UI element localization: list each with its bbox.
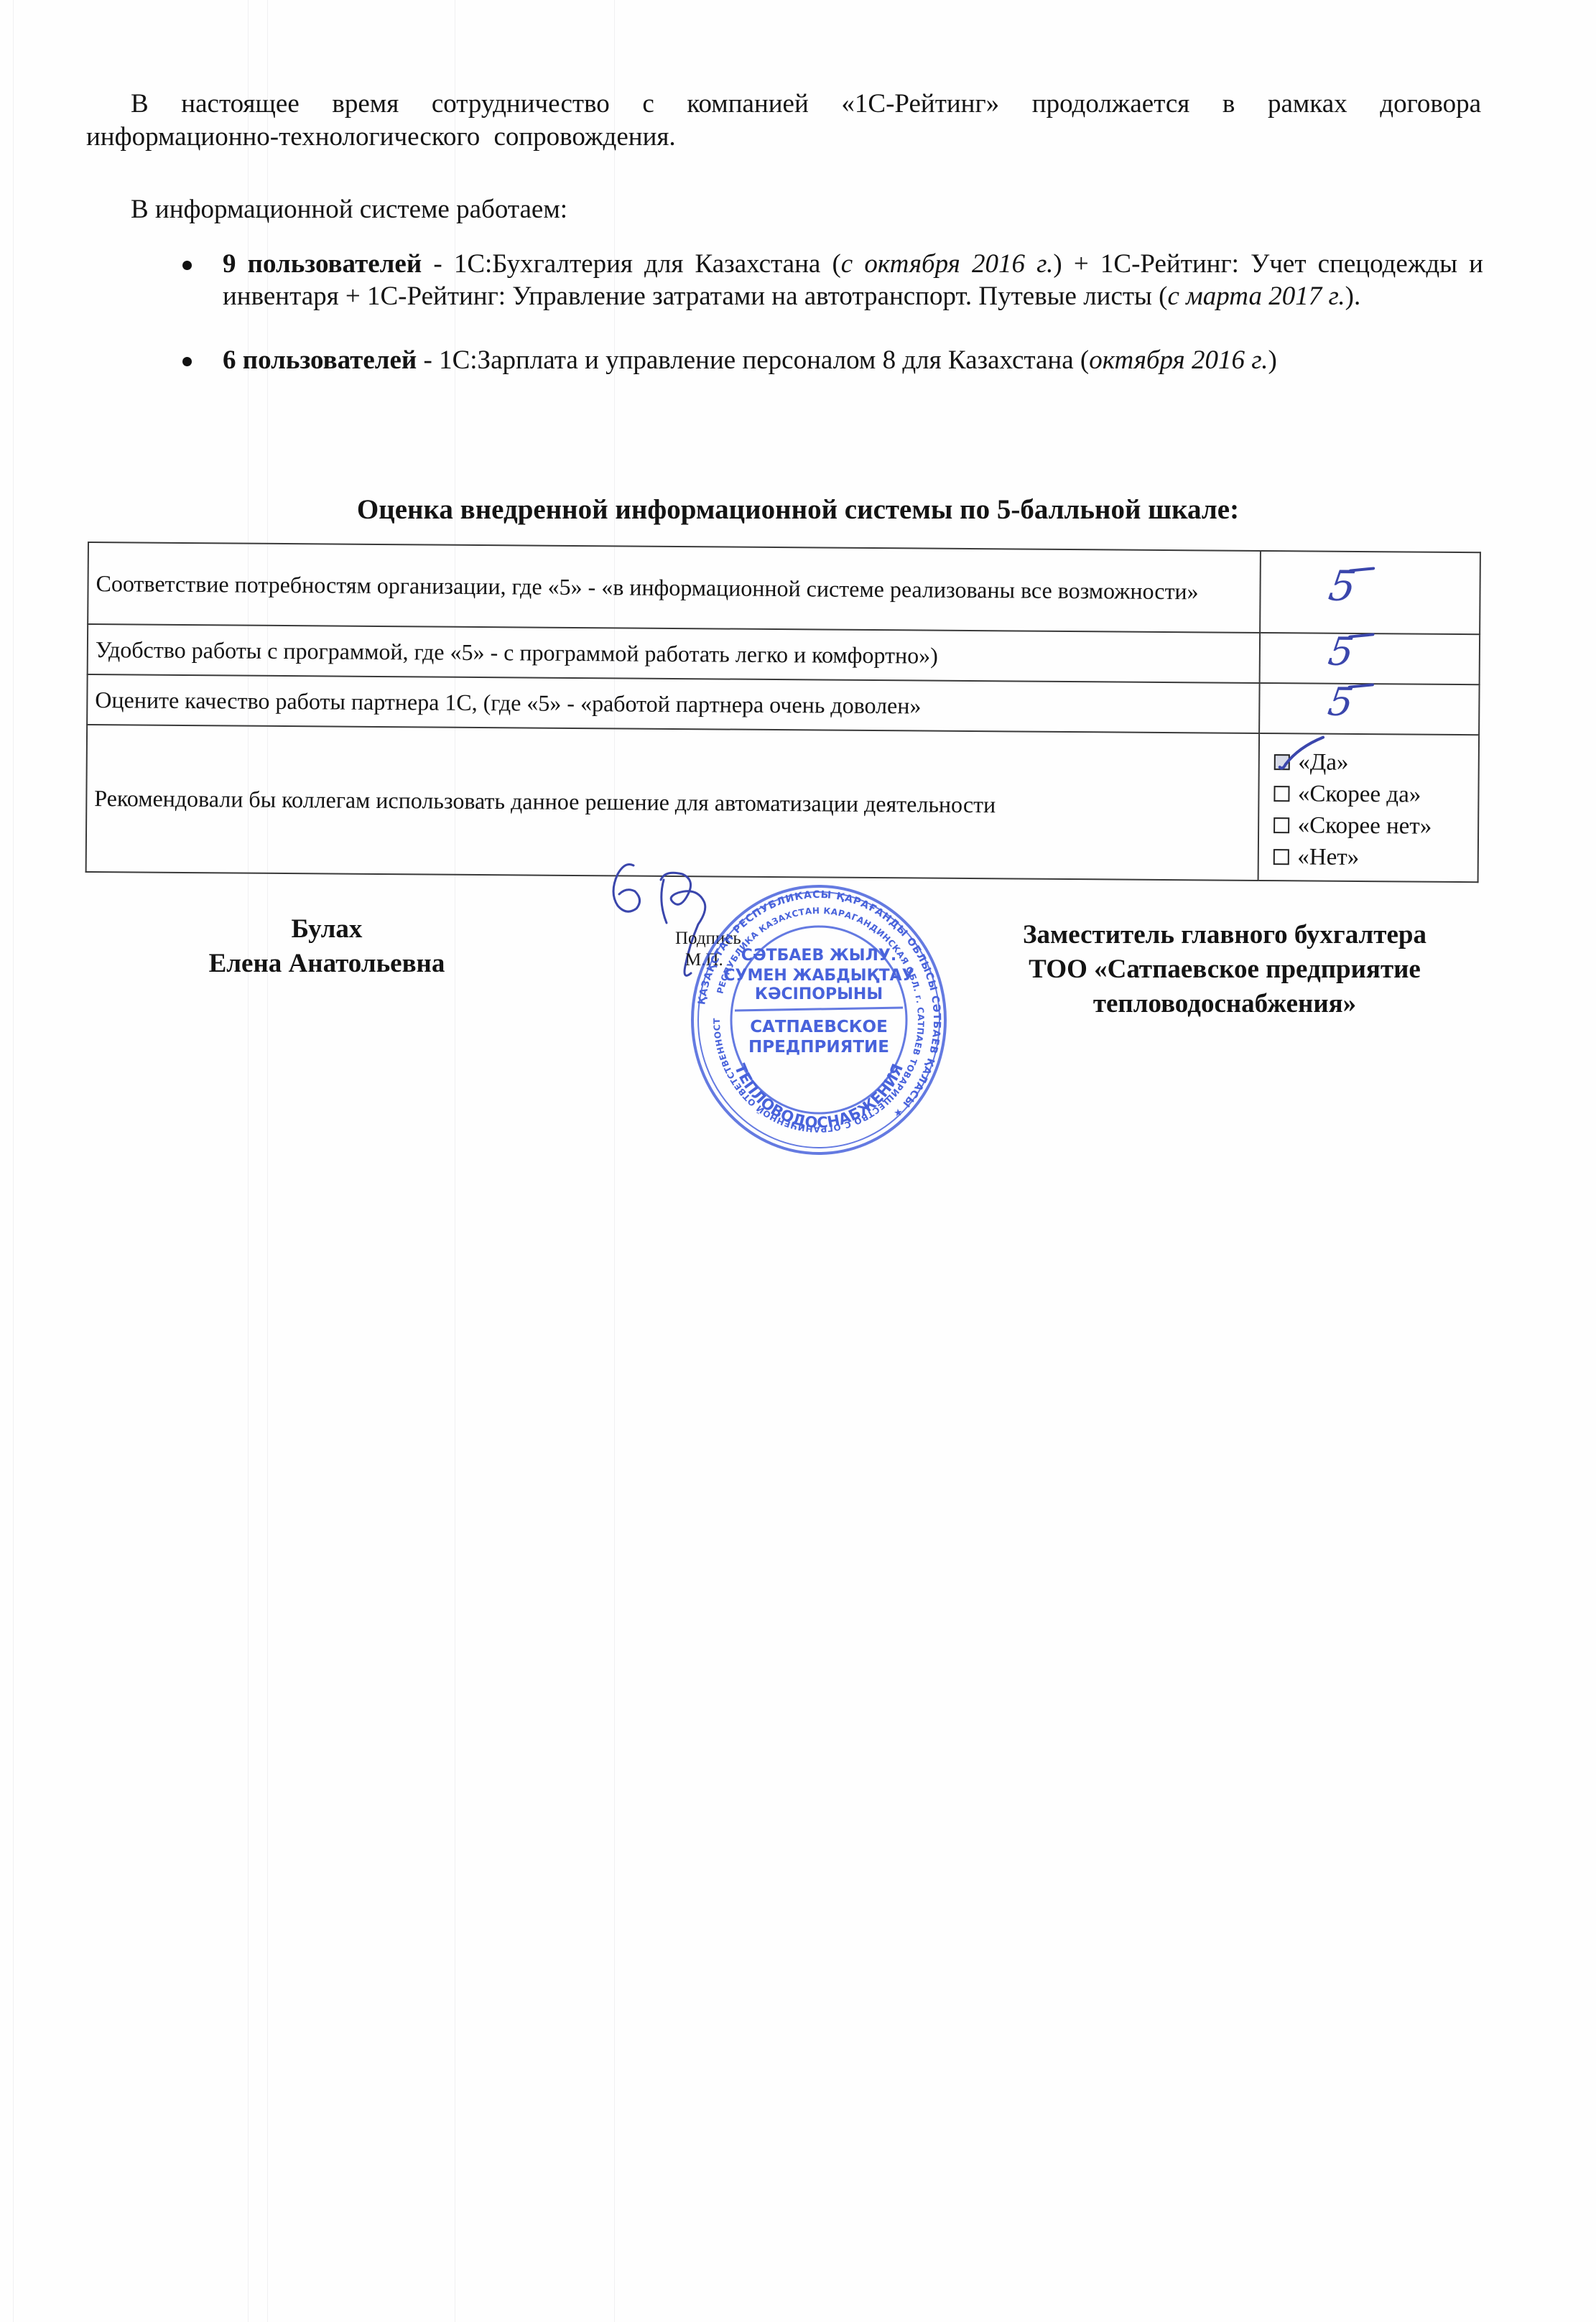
product-text: 1С:Бухгалтерия для Казахстана (: [454, 249, 841, 279]
company-name: ТОО «Сатпаевское предприятие: [927, 952, 1523, 987]
rating-answer-cell: 5: [1259, 633, 1480, 684]
recommend-options-cell: «Да» «Скорее да» «Скорее нет» «Нет»: [1258, 733, 1479, 882]
recommend-question: Рекомендовали бы коллегам использовать д…: [86, 725, 1259, 881]
checkbox-icon[interactable]: [1273, 786, 1289, 802]
option-rather-yes[interactable]: «Скорее да»: [1273, 778, 1471, 811]
rating-question: Оцените качество работы партнера 1С, (гд…: [87, 674, 1259, 733]
product-text: ): [1268, 345, 1276, 375]
svg-text:ТЕПЛОВОДОСНАБЖЕНИЯ: ТЕПЛОВОДОСНАБЖЕНИЯ: [731, 1062, 906, 1132]
recommend-options: «Да» «Скорее да» «Скорее нет» «Нет»: [1266, 742, 1471, 874]
rating-title: Оценка внедренной информационной системы…: [0, 493, 1596, 527]
since-date: с марта 2017 г.: [1168, 282, 1345, 311]
user-count: 9 пользователей: [223, 249, 422, 279]
svg-text:ПРЕДПРИЯТИЕ: ПРЕДПРИЯТИЕ: [748, 1038, 889, 1056]
rating-answer-cell: 5: [1259, 683, 1480, 735]
pen-checkmark-icon: [1276, 734, 1327, 774]
option-no[interactable]: «Нет»: [1273, 841, 1470, 874]
intro-text: В настоящее время сотрудничество с компа…: [86, 89, 1481, 152]
product-text: 1С:Зарплата и управление персоналом 8 дл…: [439, 345, 1089, 375]
checkbox-checked-icon[interactable]: [1273, 754, 1289, 770]
usage-list: 9 пользователей - 1С:Бухгалтерия для Каз…: [180, 248, 1483, 408]
separator: -: [422, 249, 454, 279]
option-label: «Скорее да»: [1298, 778, 1421, 810]
given-names: Елена Анатольевна: [165, 947, 488, 981]
handwritten-score: 5: [1325, 631, 1356, 673]
scan-streak: [13, 0, 14, 2322]
svg-text:САТПАЕВСКОЕ: САТПАЕВСКОЕ: [750, 1018, 888, 1036]
product-text: ).: [1345, 282, 1361, 311]
surname: Булах: [165, 912, 488, 947]
svg-text:СУМЕН ЖАБДЫҚТАУ: СУМЕН ЖАБДЫҚТАУ: [723, 967, 914, 985]
bullet-icon: [182, 357, 192, 366]
usage-item: 9 пользователей - 1С:Бухгалтерия для Каз…: [180, 248, 1483, 312]
table-row: Рекомендовали бы коллегам использовать д…: [86, 725, 1479, 882]
checkbox-icon[interactable]: [1273, 817, 1289, 833]
usage-item: 6 пользователей - 1С:Зарплата и управлен…: [180, 344, 1483, 376]
company-name-cont: тепловодоснабжения»: [927, 987, 1523, 1021]
signatory-name: Булах Елена Анатольевна: [165, 912, 488, 981]
handwritten-score: 5: [1326, 565, 1358, 607]
since-date: с октября 2016 г.: [841, 249, 1054, 279]
option-label: «Нет»: [1297, 841, 1359, 873]
rating-question: Удобство работы с программой, где «5» - …: [88, 624, 1260, 683]
systems-heading: В информационной системе работаем:: [131, 193, 567, 226]
rating-question: Соответствие потребностям организации, г…: [88, 542, 1260, 633]
option-label: «Скорее нет»: [1297, 809, 1432, 842]
company-stamp-icon: ҚАЗАҚСТАН РЕСПУБЛИКАСЫ ҚАРАҒАНДЫ ОБЛЫСЫ …: [686, 880, 952, 1160]
option-rather-no[interactable]: «Скорее нет»: [1273, 809, 1470, 842]
svg-text:КӘСІПОРЫНЫ: КӘСІПОРЫНЫ: [755, 985, 883, 1003]
separator: -: [417, 345, 439, 375]
rating-answer-cell: 5: [1260, 551, 1480, 634]
intro-paragraph: В настоящее время сотрудничество с компа…: [86, 88, 1481, 154]
since-date: октября 2016 г.: [1089, 345, 1268, 375]
svg-text:СӘТБАЕВ ЖЫЛУ.: СӘТБАЕВ ЖЫЛУ.: [741, 947, 896, 965]
rating-table: Соответствие потребностям организации, г…: [85, 542, 1481, 883]
signatory-position: Заместитель главного бухгалтера ТОО «Сат…: [927, 918, 1523, 1021]
position-title: Заместитель главного бухгалтера: [927, 918, 1523, 952]
checkbox-icon[interactable]: [1273, 849, 1289, 865]
user-count: 6 пользователей: [223, 345, 417, 375]
bullet-icon: [182, 261, 192, 270]
table-row: Соответствие потребностям организации, г…: [88, 542, 1480, 634]
document-page: В настоящее время сотрудничество с компа…: [0, 0, 1596, 2322]
handwritten-score: 5: [1325, 682, 1356, 723]
option-yes[interactable]: «Да»: [1273, 746, 1471, 779]
